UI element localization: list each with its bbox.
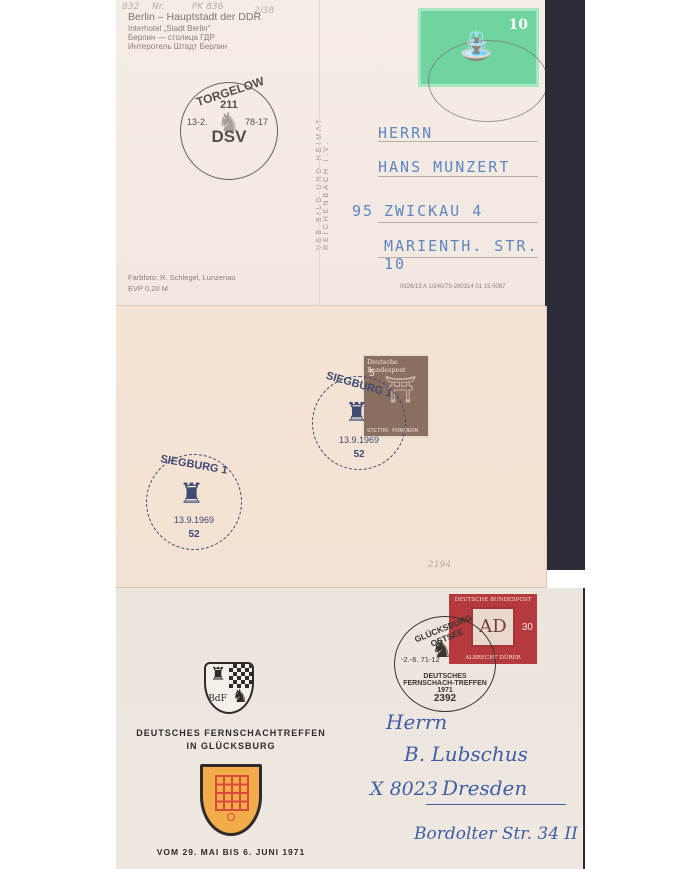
rook-quadrant: ♜	[206, 664, 229, 688]
address-line	[378, 176, 538, 177]
address-name: B. Lubschus	[404, 742, 528, 766]
address-street: Bordolter Str. 34 II	[414, 824, 578, 844]
gluecksburg-shield	[200, 764, 262, 836]
event-dates: VOM 29. MAI BIS 6. JUNI 1971	[126, 847, 336, 857]
siegburg-postmark-lower: SIEGBURG 1 ♜ 13.9.1969 52	[146, 454, 242, 550]
net-grid-icon	[215, 775, 249, 811]
address-street: MARIENTH. STR. 10	[384, 237, 545, 273]
chess-crest: ♜ BdF ♞	[204, 662, 254, 714]
print-code: III/26/13 A 1/240/75-280314 01 15 0087	[400, 282, 505, 292]
knight-icon: ♞	[232, 686, 248, 707]
stamp-cancellation	[428, 40, 545, 122]
divider	[319, 0, 320, 306]
siegburg-card: Deutsche Bundespost 5 ⛩ STETTIN · POMMER…	[116, 306, 547, 588]
address-line	[378, 141, 538, 142]
knight-quadrant: ♞	[229, 688, 252, 712]
gluecksburg-postmark: GLÜCKSBURG OSTSEE ♞ -2.-6. 71-12 DEUTSCH…	[394, 616, 496, 712]
address-line	[378, 257, 538, 258]
address-salutation: Herrn	[386, 710, 447, 734]
float-icon	[227, 813, 235, 821]
ddr-postcard: 832 Nr. PK 836 2/38 Berlin – Hauptstadt …	[116, 0, 545, 306]
rook-icon: ♜	[179, 477, 204, 510]
rook-icon: ♜	[345, 397, 368, 428]
event-heading: DEUTSCHES FERNSCHACHTREFFEN	[126, 728, 336, 738]
gluecksburg-envelope: ♜ BdF ♞ DEUTSCHES FERNSCHACHTREFFEN IN G…	[116, 588, 585, 869]
event-location: IN GLÜCKSBURG	[126, 741, 336, 751]
address-salutation: HERRN	[378, 124, 433, 142]
rook-icon: ♜	[210, 664, 226, 685]
knight-icon: ♞	[217, 107, 240, 138]
pencil-note: 2194	[428, 560, 451, 570]
photo-credit: Farbfoto: R. Schlegel, Lunzenau	[128, 273, 236, 283]
address-city: ZWICKAU 4	[384, 202, 483, 220]
price: EVP 0,20 M	[128, 284, 168, 294]
address-postcode: X 8023	[370, 778, 438, 800]
caption-title: Berlin – Hauptstadt der DDR	[128, 12, 261, 22]
checkerboard-quadrant	[229, 664, 252, 688]
address-line	[378, 222, 538, 223]
caption-line: Интеротель Штадт Берлин	[128, 42, 227, 52]
siegburg-postmark-upper: SIEGBURG 1 ♜ 13.9.1969 52	[312, 376, 406, 470]
address-postcode: 95	[352, 202, 374, 220]
crest-monogram: BdF	[206, 688, 229, 712]
dark-backdrop	[545, 0, 585, 570]
address-name: HANS MUNZERT	[378, 158, 510, 176]
address-city: Dresden	[442, 776, 527, 800]
torgelow-postmark: TORGELOW 211 13-2. 78-17 DSV ♞	[180, 82, 278, 180]
address-underline	[426, 804, 566, 805]
